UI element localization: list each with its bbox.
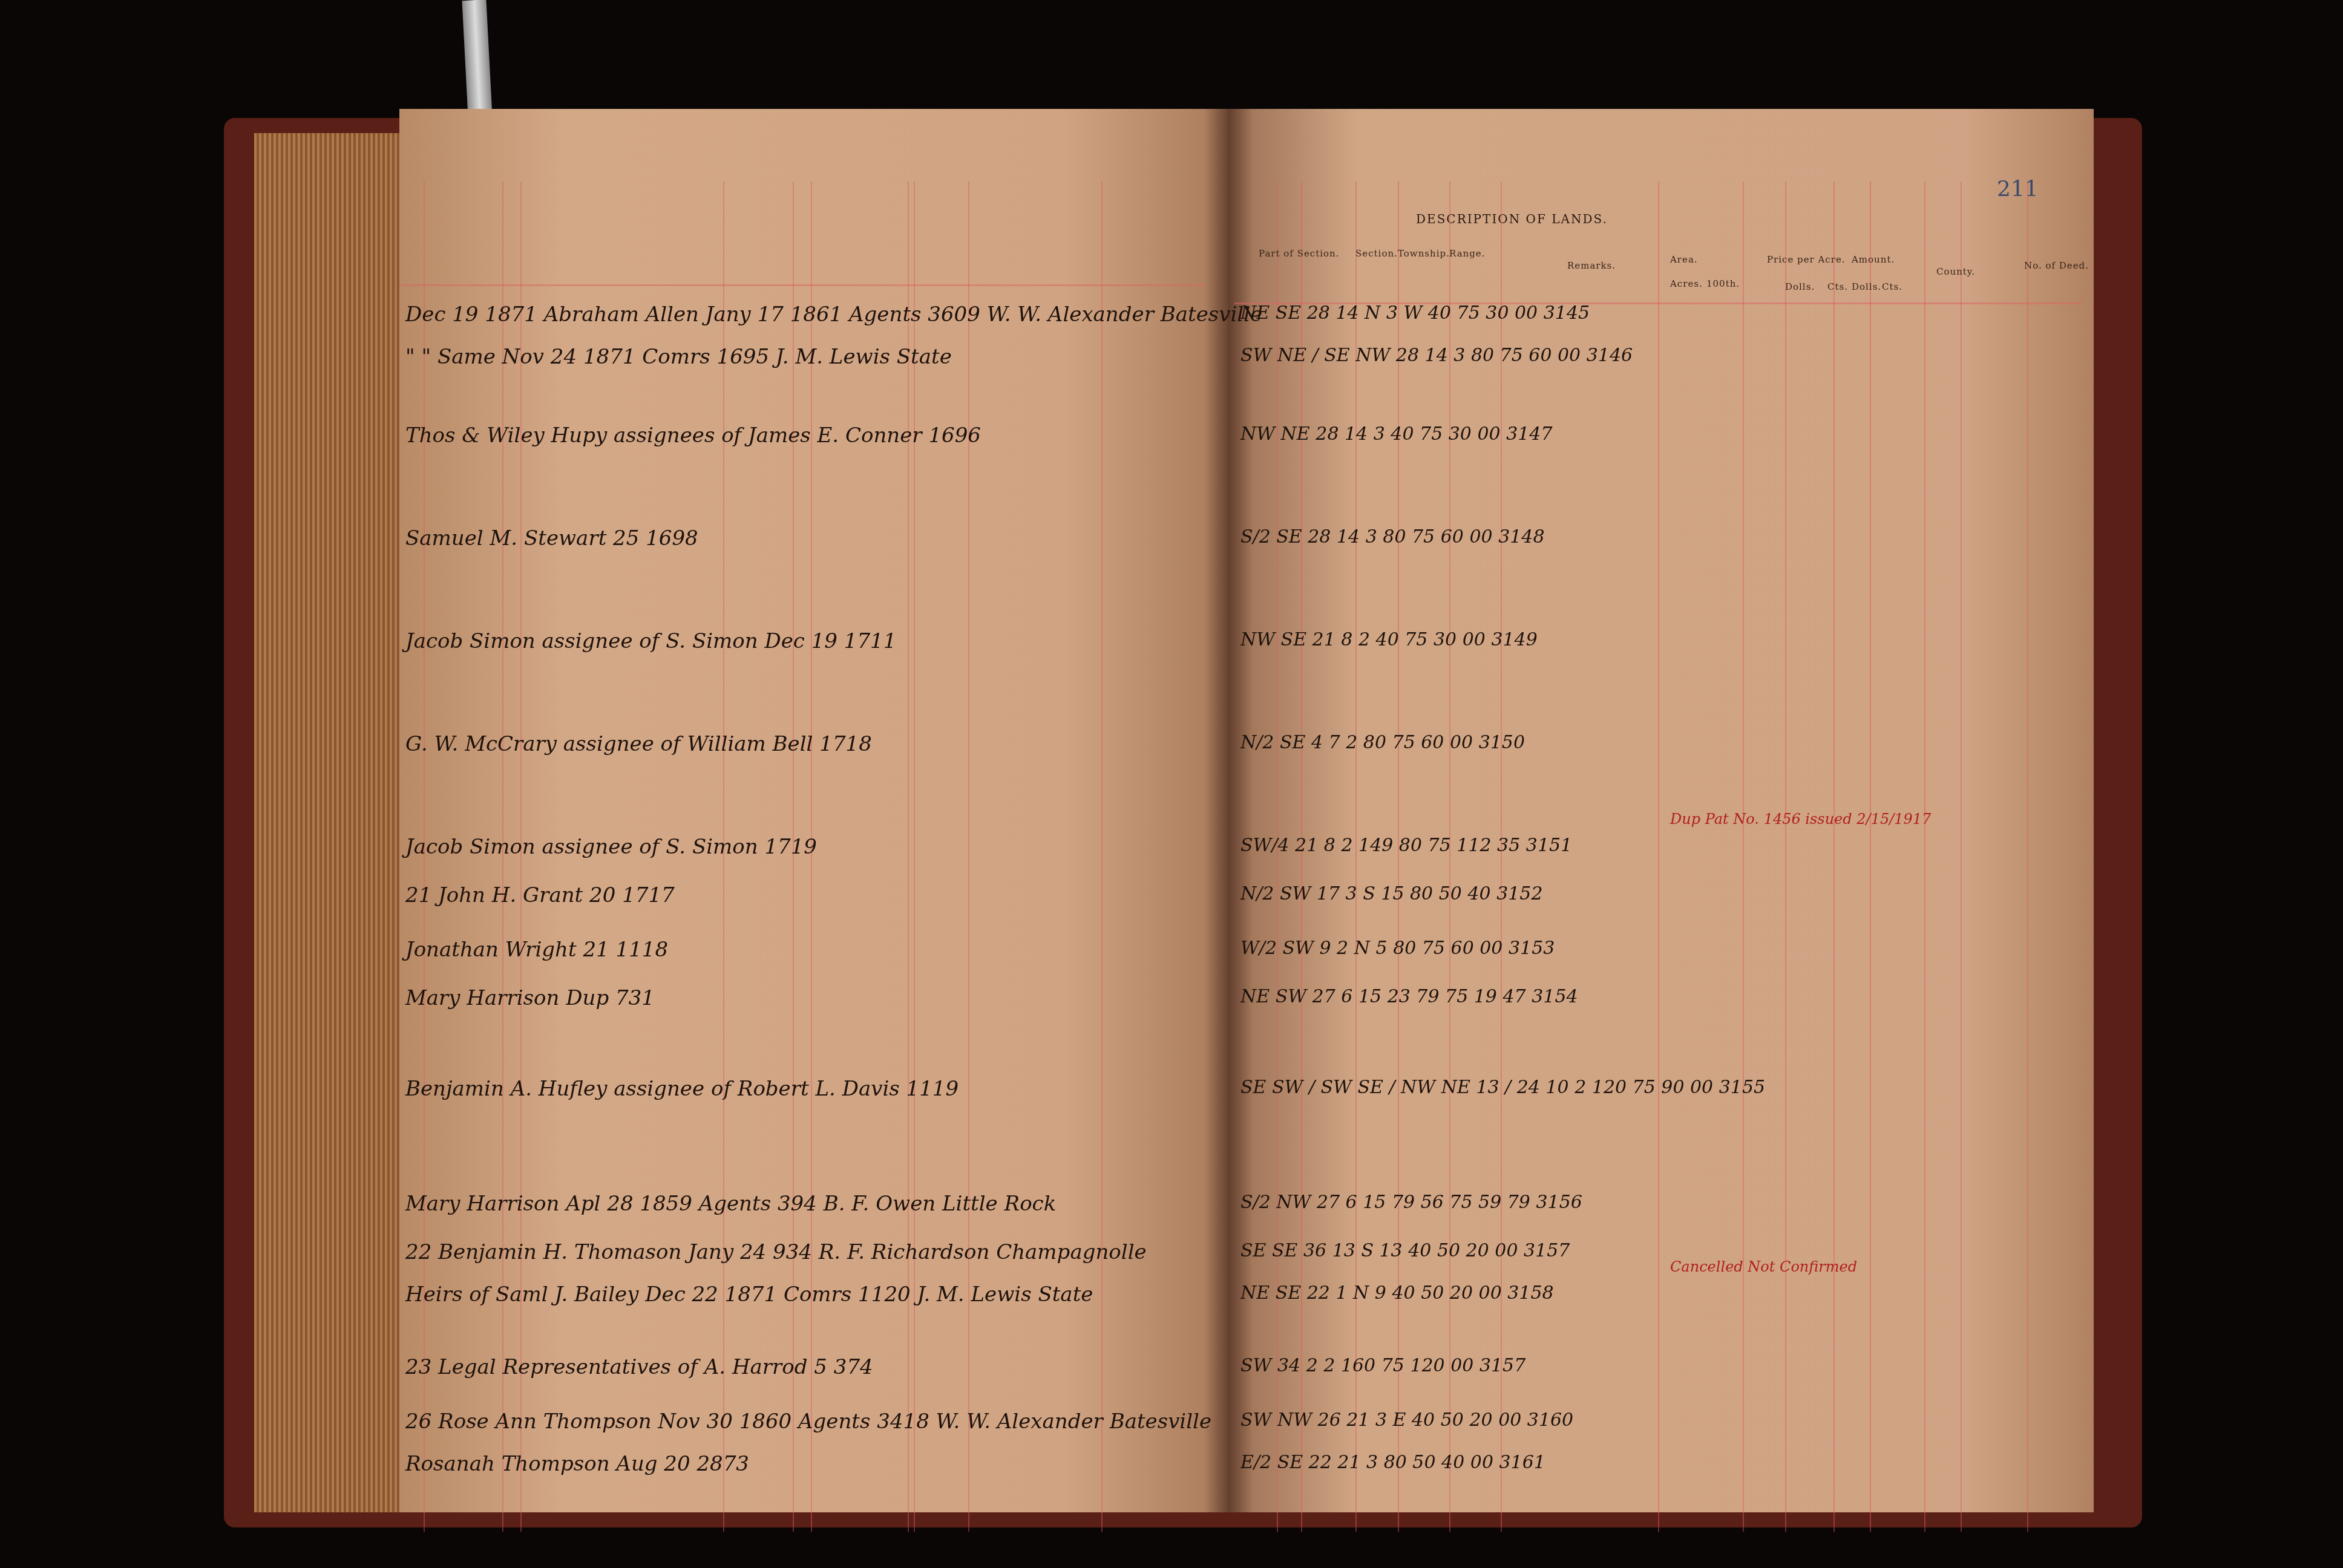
column-rule	[1277, 181, 1278, 1532]
column-header: Cts.	[1882, 281, 1902, 292]
column-header: Dolls.	[1785, 281, 1815, 292]
column-header: Township.	[1398, 248, 1450, 259]
ledger-row-left: Mary Harrison Apl 28 1859 Agents 394 B. …	[405, 1192, 1056, 1216]
page-edges	[254, 133, 405, 1512]
column-rule	[1924, 181, 1925, 1532]
ledger-row-right: NW SE 21 8 2 40 75 30 00 3149	[1240, 629, 1538, 650]
column-rule	[1870, 181, 1871, 1532]
column-rule	[1833, 181, 1835, 1532]
ledger-row-left: Jacob Simon assignee of S. Simon Dec 19 …	[405, 629, 896, 653]
column-header: County.	[1936, 266, 1975, 277]
column-header: Remarks.	[1567, 260, 1616, 271]
column-header: Acres.	[1670, 278, 1703, 289]
ledger-row-right: W/2 SW 9 2 N 5 80 75 60 00 3153	[1240, 938, 1555, 959]
ledger-row-left: Mary Harrison Dup 731	[405, 986, 655, 1010]
ledger-row-left: 21 John H. Grant 20 1717	[405, 883, 675, 907]
column-rule	[1449, 181, 1450, 1532]
red-annotation: Cancelled Not Confirmed	[1670, 1258, 1857, 1275]
ledger-row-right: N/2 SW 17 3 S 15 80 50 40 3152	[1240, 883, 1543, 904]
ledger-row-right: S/2 NW 27 6 15 79 56 75 59 79 3156	[1240, 1192, 1582, 1213]
ledger-row-left: G. W. McCrary assignee of William Bell 1…	[405, 732, 872, 756]
column-rule	[1301, 181, 1302, 1532]
ledger-row-right: NW NE 28 14 3 40 75 30 00 3147	[1240, 423, 1553, 445]
ledger-row-left: Samuel M. Stewart 25 1698	[405, 526, 698, 550]
ledger-row-right: N/2 SE 4 7 2 80 75 60 00 3150	[1240, 732, 1525, 753]
column-rule	[1355, 181, 1357, 1532]
column-rule	[2027, 181, 2028, 1532]
ledger-row-right: SW/4 21 8 2 149 80 75 112 35 3151	[1240, 835, 1572, 856]
column-rule	[1398, 181, 1399, 1532]
ledger-row-left: Jonathan Wright 21 1118	[405, 938, 668, 962]
ledger-row-left: Benjamin A. Hufley assignee of Robert L.…	[405, 1077, 958, 1101]
ledger-row-right: SE SW / SW SE / NW NE 13 / 24 10 2 120 7…	[1240, 1077, 1765, 1098]
ledger-row-right: NE SW 27 6 15 23 79 75 19 47 3154	[1240, 986, 1578, 1007]
column-header: Cts.	[1827, 281, 1848, 292]
ledger-row-left: Jacob Simon assignee of S. Simon 1719	[405, 835, 817, 859]
ledger-row-right: NE SE 28 14 N 3 W 40 75 30 00 3145	[1240, 302, 1590, 324]
ledger-row-left: Rosanah Thompson Aug 20 2873	[405, 1452, 749, 1476]
column-header: 100th.	[1706, 278, 1740, 289]
column-header: Area.	[1670, 254, 1698, 265]
ledger-row-right: S/2 SE 28 14 3 80 75 60 00 3148	[1240, 526, 1545, 547]
column-header: Amount.	[1852, 254, 1895, 265]
ledger-row-right: SW NE / SE NW 28 14 3 80 75 60 00 3146	[1240, 345, 1633, 366]
ledger-row-right: SW 34 2 2 160 75 120 00 3157	[1240, 1355, 1525, 1376]
ledger-row-left: Thos & Wiley Hupy assignees of James E. …	[405, 423, 981, 448]
ledger-row-left: 26 Rose Ann Thompson Nov 30 1860 Agents …	[405, 1410, 1211, 1434]
section-title: DESCRIPTION OF LANDS.	[1416, 212, 1608, 226]
ledger-row-left: Heirs of Saml J. Bailey Dec 22 1871 Comr…	[405, 1282, 1093, 1307]
ledger-row-left: 22 Benjamin H. Thomason Jany 24 934 R. F…	[405, 1240, 1147, 1264]
column-header: Part of Section.	[1259, 248, 1340, 259]
ledger-row-right: NE SE 22 1 N 9 40 50 20 00 3158	[1240, 1282, 1554, 1304]
ledger-row-right: SE SE 36 13 S 13 40 50 20 00 3157	[1240, 1240, 1570, 1261]
column-rule	[1743, 181, 1744, 1532]
column-rule	[1101, 181, 1103, 1532]
column-rule	[1961, 181, 1962, 1532]
column-rule	[1501, 181, 1502, 1532]
ledger-row-right: SW NW 26 21 3 E 40 50 20 00 3160	[1240, 1410, 1573, 1431]
column-rule	[1785, 181, 1786, 1532]
ledger-row-left: " " Same Nov 24 1871 Comrs 1695 J. M. Le…	[405, 345, 952, 369]
column-rule	[968, 181, 969, 1532]
ledger-row-left: Dec 19 1871 Abraham Allen Jany 17 1861 A…	[405, 302, 1262, 327]
column-header: Section.	[1355, 248, 1398, 259]
column-rule	[1658, 181, 1659, 1532]
ledger-row-left: 23 Legal Representatives of A. Harrod 5 …	[405, 1355, 873, 1379]
column-header: Price per Acre.	[1767, 254, 1846, 265]
red-annotation: Dup Pat No. 1456 issued 2/15/1917	[1670, 811, 1931, 828]
ledger-row-right: E/2 SE 22 21 3 80 50 40 00 3161	[1240, 1452, 1545, 1473]
column-header: Dolls.	[1852, 281, 1881, 292]
page-number: 211	[1997, 177, 2039, 201]
column-header: Range.	[1449, 248, 1486, 259]
column-rule	[908, 181, 909, 1532]
column-rule	[914, 181, 915, 1532]
column-header: No. of Deed.	[2024, 260, 2089, 271]
